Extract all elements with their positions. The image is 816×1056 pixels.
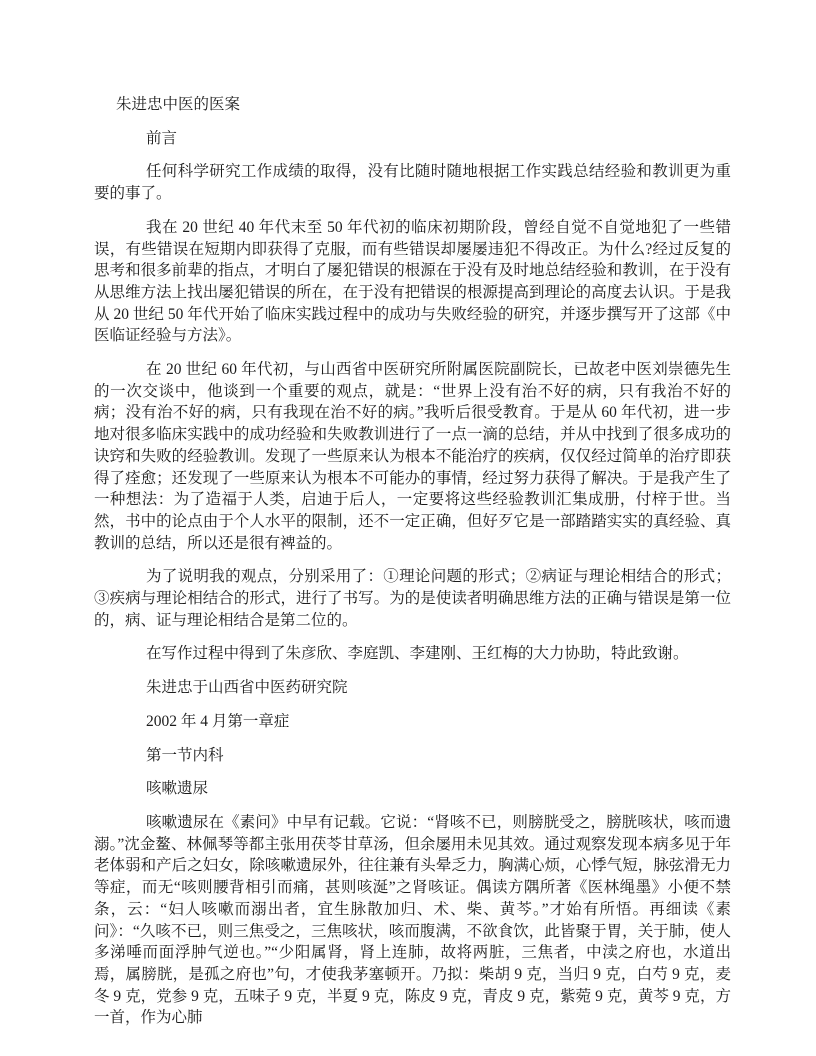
paragraph: 任何科学研究工作成绩的取得，没有比随时随地根据工作实践总结经验和教训更为重要的事…: [94, 161, 731, 204]
paragraph: 咳嗽遗尿在《素问》中早有记载。它说：“肾咳不已，则膀胱受之，膀胱咳状，咳而遗溺。…: [94, 812, 731, 1029]
paragraph: 第一节内科: [94, 745, 731, 767]
paragraph: 在写作过程中得到了朱彦欣、李庭凯、李建刚、王红梅的大力协助，特此致谢。: [94, 643, 731, 665]
paragraph: 2002 年 4 月第一章症: [94, 711, 731, 733]
paragraph: 在 20 世纪 60 年代初，与山西省中医研究所附属医院副院长，已故老中医刘崇德…: [94, 359, 731, 554]
paragraph: 咳嗽遗尿: [94, 778, 731, 800]
document-title: 朱进忠中医的医案: [94, 94, 731, 116]
paragraph: 我在 20 世纪 40 年代末至 50 年代初的临床初期阶段，曾经自觉不自觉地犯…: [94, 217, 731, 347]
paragraph: 前言: [94, 128, 731, 150]
document-content: 朱进忠中医的医案 前言任何科学研究工作成绩的取得，没有比随时随地根据工作实践总结…: [94, 94, 731, 1029]
paragraph-container: 前言任何科学研究工作成绩的取得，没有比随时随地根据工作实践总结经验和教训更为重要…: [94, 128, 731, 1029]
paragraph: 朱进忠于山西省中医药研究院: [94, 677, 731, 699]
paragraph: 为了说明我的观点，分别采用了：①理论问题的形式；②病证与理论相结合的形式；③疾病…: [94, 566, 731, 631]
document-page: 朱进忠中医的医案 前言任何科学研究工作成绩的取得，没有比随时随地根据工作实践总结…: [0, 0, 816, 1056]
